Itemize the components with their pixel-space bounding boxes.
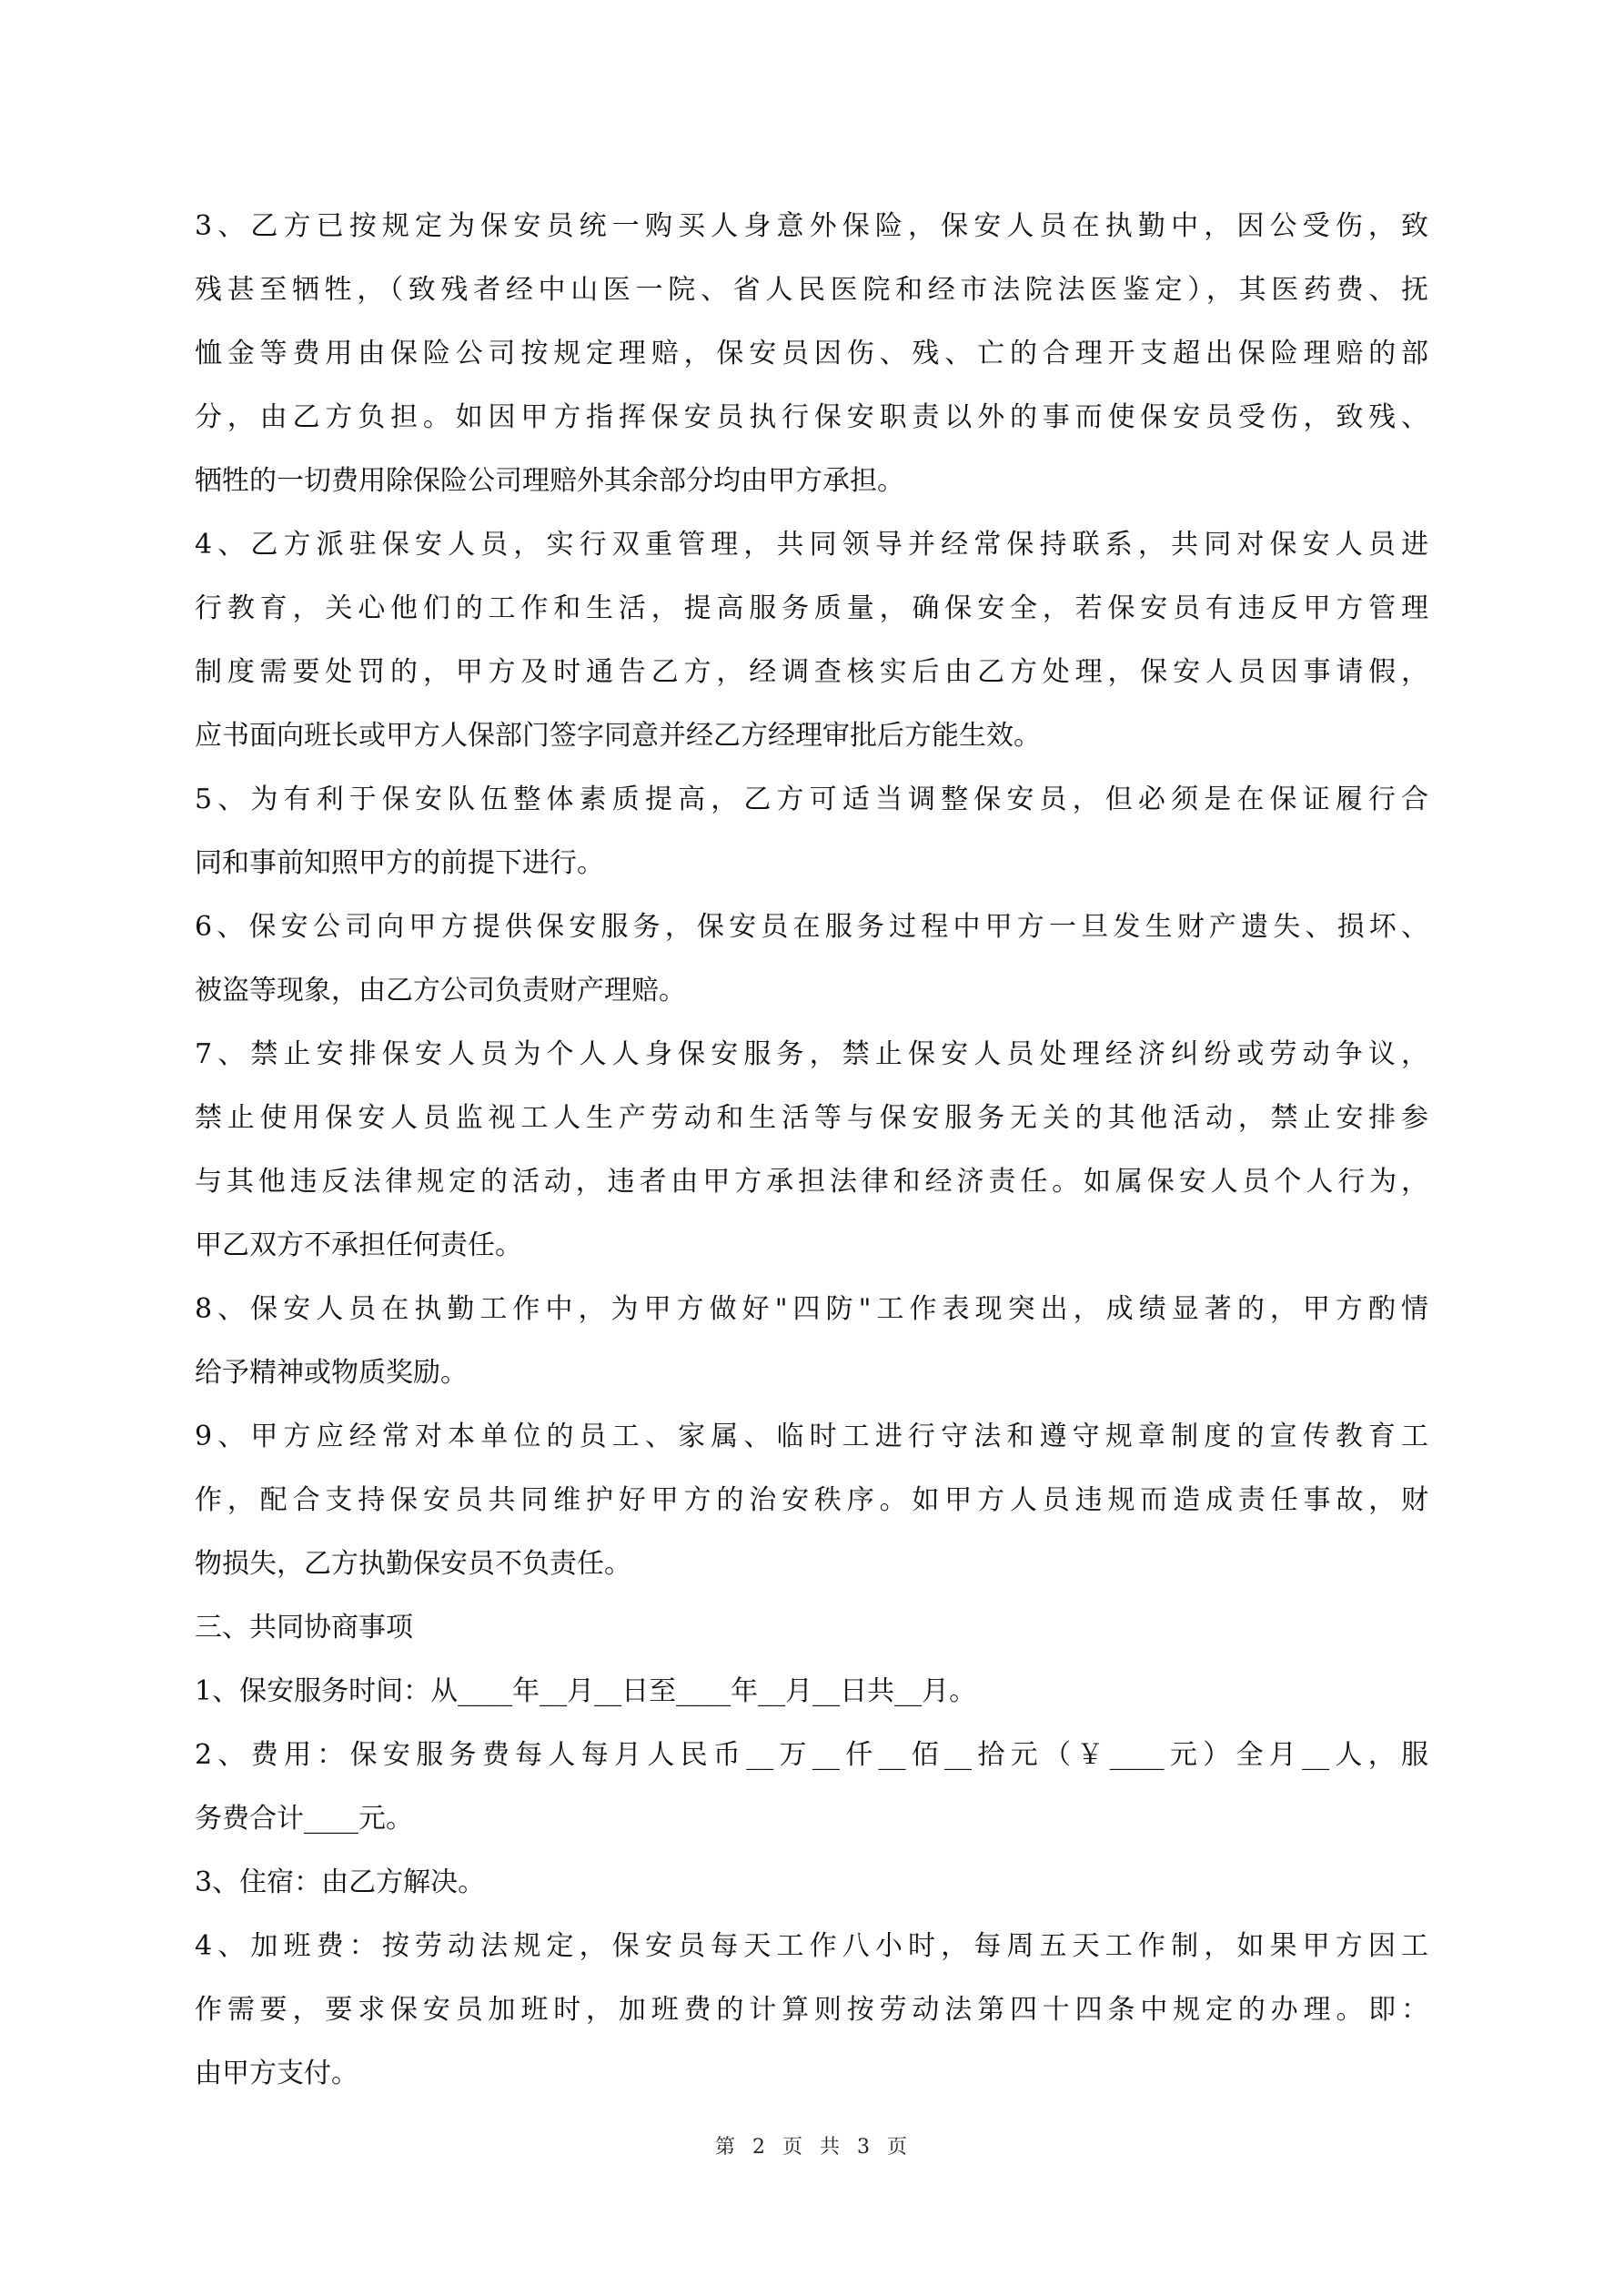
paragraph-clause-2-9: 9、甲方应经常对本单位的员工、家属、临时工进行守法和遵守规章制度的宣传教育工 作… — [195, 1405, 1428, 1596]
paragraph-clause-3-1: 1、保安服务时间：从____年__月__日至____年__月__日共__月。 — [195, 1660, 1428, 1724]
text-line: 物损失，乙方执勤保安员不负责任。 — [195, 1532, 1428, 1596]
paragraph-clause-3-2: 2、费用：保安服务费每人每月人民币__万__仟__佰__拾元（￥____元）全月… — [195, 1724, 1428, 1851]
text-line: 给予精神或物质奖励。 — [195, 1341, 1428, 1405]
text-line: 同和事前知照甲方的前提下进行。 — [195, 832, 1428, 895]
text-line: 9、甲方应经常对本单位的员工、家属、临时工进行守法和遵守规章制度的宣传教育工 — [195, 1405, 1428, 1469]
text-line: 禁止使用保安人员监视工人生产劳动和生活等与保安服务无关的其他活动，禁止安排参 — [195, 1087, 1428, 1150]
text-line: 作需要，要求保安员加班时，加班费的计算则按劳动法第四十四条中规定的办理。即： — [195, 1978, 1428, 2042]
paragraph-clause-2-5: 5、为有利于保安队伍整体素质提高，乙方可适当调整保安员，但必须是在保证履行合 同… — [195, 768, 1428, 895]
text-line: 2、费用：保安服务费每人每月人民币__万__仟__佰__拾元（￥____元）全月… — [195, 1724, 1428, 1787]
paragraph-clause-2-4: 4、乙方派驻保安人员，实行双重管理，共同领导并经常保持联系，共同对保安人员进 行… — [195, 513, 1428, 768]
text-line: 6、保安公司向甲方提供保安服务，保安员在服务过程中甲方一旦发生财产遗失、损坏、 — [195, 895, 1428, 959]
paragraph-clause-3-4: 4、加班费：按劳动法规定，保安员每天工作八小时，每周五天工作制，如果甲方因工 作… — [195, 1915, 1428, 2106]
page-footer: 第 2 页 共 3 页 — [0, 2131, 1624, 2164]
paragraph-clause-3-3: 3、住宿：由乙方解决。 — [195, 1851, 1428, 1915]
text-line: 由甲方支付。 — [195, 2042, 1428, 2106]
text-line: 与其他违反法律规定的活动，违者由甲方承担法律和经济责任。如属保安人员个人行为， — [195, 1150, 1428, 1214]
section-heading-text: 三、共同协商事项 — [195, 1596, 1428, 1660]
text-line: 务费合计____元。 — [195, 1787, 1428, 1851]
text-line: 分，由乙方负担。如因甲方指挥保安员执行保安职责以外的事而使保安员受伤，致残、 — [195, 386, 1428, 450]
text-line: 1、保安服务时间：从____年__月__日至____年__月__日共__月。 — [195, 1660, 1428, 1724]
paragraph-clause-2-8: 8、保安人员在执勤工作中，为甲方做好"四防"工作表现突出，成绩显著的，甲方酌情 … — [195, 1278, 1428, 1405]
text-line: 3、住宿：由乙方解决。 — [195, 1851, 1428, 1915]
section-heading-3: 三、共同协商事项 — [195, 1596, 1428, 1660]
text-line: 7、禁止安排保安人员为个人人身保安服务，禁止保安人员处理经济纠纷或劳动争议， — [195, 1023, 1428, 1087]
text-line: 残甚至牺牲，（致残者经中山医一院、省人民医院和经市法院法医鉴定），其医药费、抚 — [195, 258, 1428, 322]
text-line: 4、加班费：按劳动法规定，保安员每天工作八小时，每周五天工作制，如果甲方因工 — [195, 1915, 1428, 1978]
text-line: 作，配合支持保安员共同维护好甲方的治安秩序。如甲方人员违规而造成责任事故，财 — [195, 1469, 1428, 1532]
document-page: 3、乙方已按规定为保安员统一购买人身意外保险，保安人员在执勤中，因公受伤，致 残… — [0, 0, 1624, 2296]
text-line: 8、保安人员在执勤工作中，为甲方做好"四防"工作表现突出，成绩显著的，甲方酌情 — [195, 1278, 1428, 1341]
document-body: 3、乙方已按规定为保安员统一购买人身意外保险，保安人员在执勤中，因公受伤，致 残… — [195, 195, 1428, 2106]
text-line: 恤金等费用由保险公司按规定理赔，保安员因伤、残、亡的合理开支超出保险理赔的部 — [195, 322, 1428, 386]
text-line: 5、为有利于保安队伍整体素质提高，乙方可适当调整保安员，但必须是在保证履行合 — [195, 768, 1428, 832]
text-line: 甲乙双方不承担任何责任。 — [195, 1214, 1428, 1278]
paragraph-clause-2-7: 7、禁止安排保安人员为个人人身保安服务，禁止保安人员处理经济纠纷或劳动争议， 禁… — [195, 1023, 1428, 1278]
text-line: 被盗等现象，由乙方公司负责财产理赔。 — [195, 959, 1428, 1023]
text-line: 牺牲的一切费用除保险公司理赔外其余部分均由甲方承担。 — [195, 450, 1428, 513]
text-line: 3、乙方已按规定为保安员统一购买人身意外保险，保安人员在执勤中，因公受伤，致 — [195, 195, 1428, 258]
text-line: 制度需要处罚的，甲方及时通告乙方，经调查核实后由乙方处理，保安人员因事请假， — [195, 641, 1428, 704]
text-line: 行教育，关心他们的工作和生活，提高服务质量，确保安全，若保安员有违反甲方管理 — [195, 577, 1428, 641]
page-number-indicator: 第 2 页 共 3 页 — [715, 2136, 909, 2159]
text-line: 4、乙方派驻保安人员，实行双重管理，共同领导并经常保持联系，共同对保安人员进 — [195, 513, 1428, 577]
text-line: 应书面向班长或甲方人保部门签字同意并经乙方经理审批后方能生效。 — [195, 704, 1428, 768]
paragraph-clause-2-3: 3、乙方已按规定为保安员统一购买人身意外保险，保安人员在执勤中，因公受伤，致 残… — [195, 195, 1428, 513]
paragraph-clause-2-6: 6、保安公司向甲方提供保安服务，保安员在服务过程中甲方一旦发生财产遗失、损坏、 … — [195, 895, 1428, 1023]
